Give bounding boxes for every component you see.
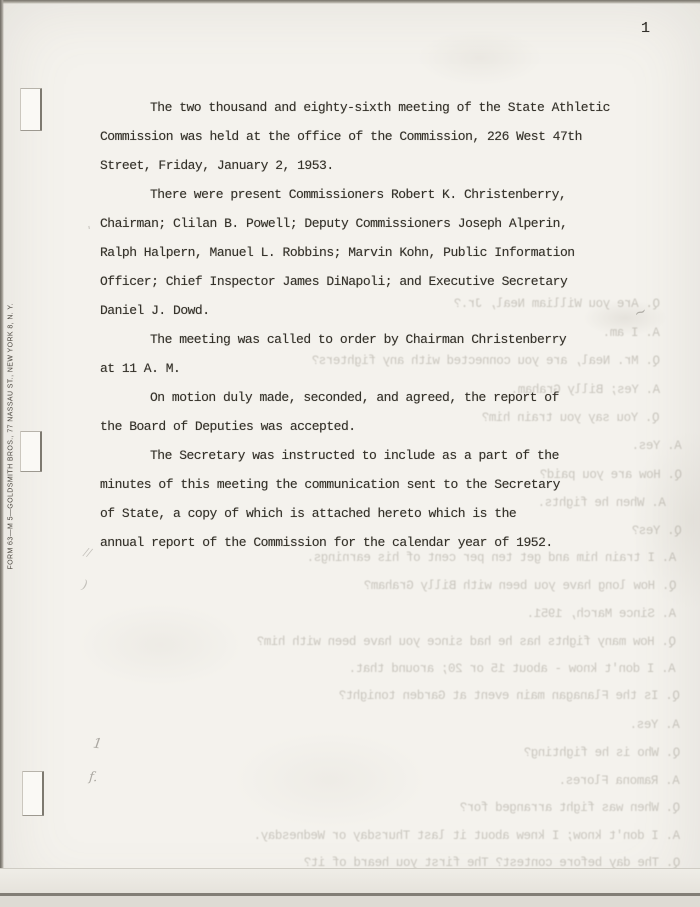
bleedthrough-line: A. Yes. (630, 718, 680, 732)
typed-line: The two thousand and eighty-sixth meetin… (100, 93, 612, 122)
scan-backing (0, 896, 700, 907)
typed-line: The meeting was called to order by Chair… (100, 325, 612, 354)
typed-line: Ralph Halpern, Manuel L. Robbins; Marvin… (100, 238, 612, 267)
pencil-mark: ' (87, 224, 92, 237)
bleedthrough-line: Q. Who is he fighting? (524, 746, 680, 760)
bleedthrough-line: A. Yes. (632, 439, 682, 453)
pencil-mark: // (83, 545, 93, 559)
scanned-document-page: 1 FORM 63—M 5—GOLDSMITH BROS., 77 NASSAU… (0, 0, 700, 907)
scan-left-edge (0, 0, 4, 907)
typed-line: of State, a copy of which is attached he… (100, 499, 612, 528)
pencil-mark: ~ (631, 301, 649, 322)
typed-line: Daniel J. Dowd. (100, 296, 612, 325)
typed-line: Commission was held at the office of the… (100, 122, 612, 151)
typed-line: annual report of the Commission for the … (100, 528, 612, 557)
binder-punch-hole (20, 431, 42, 472)
bleedthrough-line: Q. Yes? (632, 524, 682, 538)
typed-line: There were present Commissioners Robert … (100, 180, 612, 209)
typed-line: the Board of Deputies was accepted. (100, 412, 612, 441)
bleedthrough-line: A. I don't know - about 15 or 20; around… (349, 662, 676, 676)
typed-line: On motion duly made, seconded, and agree… (100, 383, 612, 412)
pencil-mark: f. (88, 770, 98, 786)
typed-line: Street, Friday, January 2, 1953. (100, 151, 612, 180)
printer-form-mark: FORM 63—M 5—GOLDSMITH BROS., 77 NASSAU S… (8, 330, 15, 570)
bleedthrough-line: A. I don't know; I knew about it last Th… (254, 829, 680, 843)
binder-punch-hole (20, 88, 42, 131)
bottom-shade (0, 869, 700, 893)
bleedthrough-line: A. Since March, 1951. (527, 607, 676, 621)
bleedthrough-line: Q. Is the Flanagan main event at Garden … (339, 689, 680, 703)
pencil-mark: 1 (92, 735, 103, 752)
typed-line: Chairman; Clilan B. Powell; Deputy Commi… (100, 209, 612, 238)
bleedthrough-line: Q. How long have you been with Billy Gra… (364, 579, 676, 593)
scan-top-edge (0, 0, 700, 4)
bleedthrough-line: Q. How many fights has he had since you … (257, 635, 676, 649)
typed-line: at 11 A. M. (100, 354, 612, 383)
typed-line: Officer; Chief Inspector James DiNapoli;… (100, 267, 612, 296)
bleedthrough-line: Q. When was fight arranged for? (460, 801, 680, 815)
typed-line: minutes of this meeting the communicatio… (100, 470, 612, 499)
binder-punch-hole (22, 771, 44, 816)
bleedthrough-line: A. Ramona Flores. (559, 774, 680, 788)
pencil-mark: ) (80, 578, 89, 594)
page-number: 1 (641, 20, 650, 37)
typed-line: The Secretary was instructed to include … (100, 441, 612, 470)
typed-text: The two thousand and eighty-sixth meetin… (100, 93, 612, 557)
